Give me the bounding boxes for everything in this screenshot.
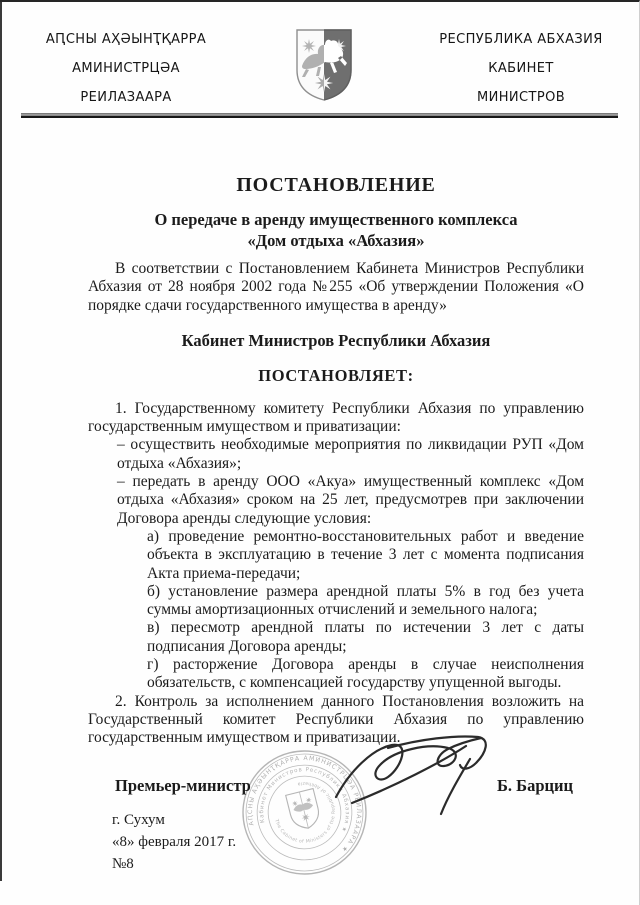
footer-number: №8 [112,853,236,875]
preamble-paragraph: В соответствии с Постановлением Кабинета… [88,260,584,315]
letterhead-center [230,25,417,104]
decree-page: АԤСНЫ АҲӘЫНҬҚАРРА АМИНИСТРЦӘА РЕИЛАЗААРА [0,0,640,905]
decree-subject-line-2: «Дом отдыха «Абхазия» [88,230,584,251]
letterhead-right-line-1: РЕСПУБЛИКА АБХАЗИЯ [417,25,625,54]
signer-role: Премьер-министр [115,776,251,796]
emblem-star-left-icon [302,39,316,53]
letterhead-left-line-2: АМИНИСТРЦӘА [22,54,230,83]
letterhead-left-org: АԤСНЫ АҲӘЫНҬҚАРРА АМИНИСТРЦӘА РЕИЛАЗААРА [22,25,230,112]
signature-autograph [295,728,495,833]
signature-block: АԤСНЫ АҲӘЫНҬҚАРРА АМИНИСТРЦӘА РЕИЛАЗААРА… [0,744,640,905]
decree-subject: О передаче в аренду имущественного компл… [88,209,584,251]
letterhead-right-line-2: КАБИНЕТ [417,54,625,83]
letterhead-left-line-1: АԤСНЫ АҲӘЫНҬҚАРРА [22,25,230,54]
letterhead-right-org: РЕСПУБЛИКА АБХАЗИЯ КАБИНЕТ МИНИСТРОВ [417,25,625,112]
signer-name: Б. Барциц [497,776,573,796]
item-1-paragraph: 1. Государственному комитету Республики … [88,400,584,437]
decree-subject-line-1: О передаче в аренду имущественного компл… [88,209,584,230]
subitem-b: б) установление размера арендной платы 5… [147,583,584,620]
authority-line: Кабинет Министров Республики Абхазия [88,331,584,351]
footer-date: «8» февраля 2017 г. [112,831,236,853]
subitem-g: г) расторжение Договора аренды в случае … [147,656,584,693]
coat-of-arms-icon [292,26,356,104]
footer-place: г. Сухум [112,809,236,831]
footer-block: г. Сухум «8» февраля 2017 г. №8 [112,809,236,875]
subitem-a: а) проведение ремонтно-восстановительных… [147,528,584,583]
letterhead-right-line-3: МИНИСТРОВ [417,83,625,112]
subitem-v: в) пересмотр арендной платы по истечении… [147,619,584,656]
document-body: ПОСТАНОВЛЕНИЕ О передаче в аренду имущес… [88,174,584,748]
resolves-line: ПОСТАНОВЛЯЕТ: [88,366,584,386]
decree-items: 1. Государственному комитету Республики … [88,400,584,748]
letterhead: АԤСНЫ АҲӘЫНҬҚАРРА АМИНИСТРЦӘА РЕИЛАЗААРА [0,2,639,112]
decree-title: ПОСТАНОВЛЕНИЕ [88,174,584,197]
letterhead-left-line-3: РЕИЛАЗААРА [22,83,230,112]
item-1-dash-1: – осуществить необходимые мероприятия по… [117,436,584,473]
item-1-dash-2: – передать в аренду ООО «Акуа» имуществе… [117,473,584,528]
letterhead-divider [21,113,618,118]
